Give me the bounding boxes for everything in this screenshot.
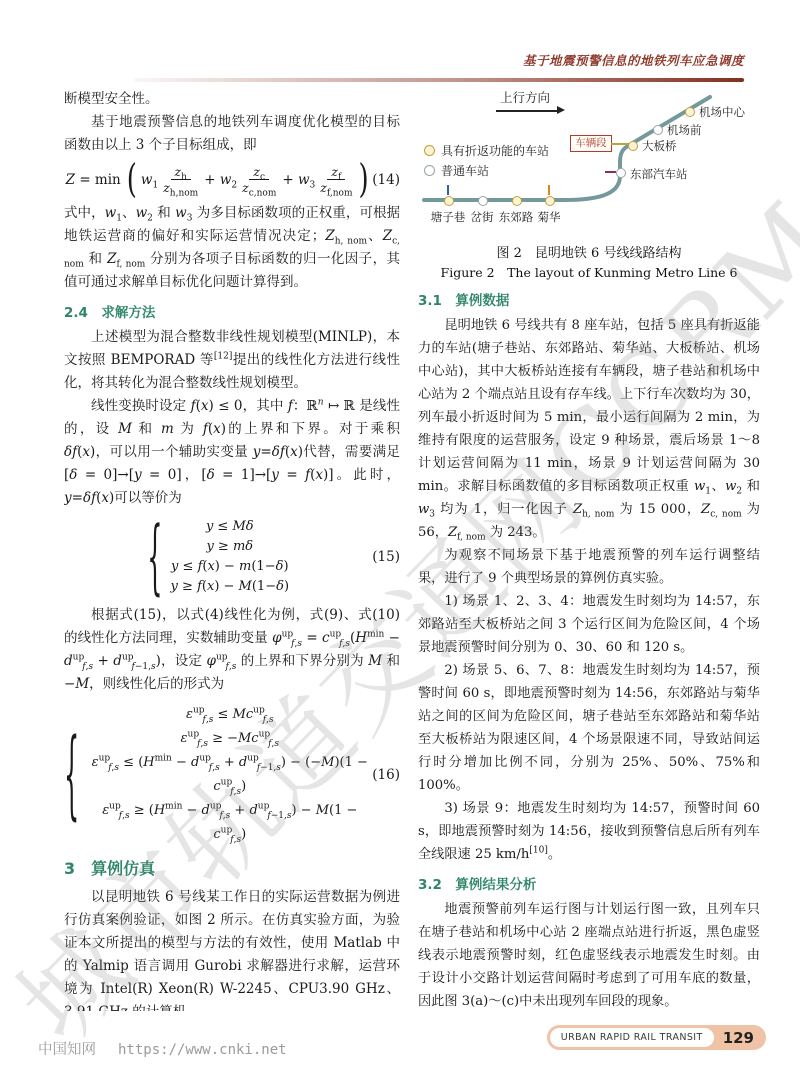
cnki-footer-credit: 中国知网 https://www.cnki.net [38,1038,287,1059]
equation-number: (16) [372,767,400,783]
page-footer: 中国知网 https://www.cnki.net URBAN RAPID RA… [0,1011,800,1087]
section-heading-3-1: 3.1 算例数据 [418,289,760,309]
right-column: 上行方向 具有折返功能的车站 普通车站 车辆段 塘子巷 岔街 东郊路 [418,88,760,1013]
curly-brace: { [64,719,79,831]
station-marker [653,125,663,135]
figure-2-metro-map: 上行方向 具有折返功能的车站 普通车站 车辆段 塘子巷 岔街 东郊路 [418,88,760,238]
station-marker [512,196,522,206]
station-label: 岔街 [471,209,494,225]
paragraph: 昆明地铁 6 号线共有 8 座车站，包括 5 座具有折返能力的车站(塘子巷站、东… [418,314,760,544]
equation-14: Z = min ( w1 zhzh,nom + w2 zczc,nom + w3… [64,164,400,195]
equation-number: (14) [372,172,400,188]
paragraph: 上述模型为混合整数非线性规划模型(MINLP)，本文按照 BEMPORAD 等[… [64,326,400,395]
station-label: 菊华 [538,209,561,225]
station-marker [444,196,454,206]
legend-item-turnback: 具有折返功能的车站 [424,140,549,160]
station-marker [685,107,695,117]
storage-track-tick [548,185,550,195]
cnki-site-name: 中国知网 [38,1038,96,1059]
turnback-station-icon [424,145,435,156]
right-arrow-icon [496,110,558,112]
journal-name-label: URBAN RAPID RAIL TRANSIT [550,1028,714,1047]
station-marker [545,196,555,206]
normal-station-icon [424,165,435,176]
paragraph: 断模型安全性。 [64,88,400,111]
paragraph: 3) 场景 9：地震发生时刻均为 14:57，预警时间 60 s，即地震预警时刻… [418,797,760,866]
storage-track-tick [605,171,616,173]
equation-number: (15) [372,549,400,565]
paragraph: 式中，w1、w2 和 w3 为多目标函数项的正权重，可根据地铁运营商的偏好和实际… [64,202,400,294]
station-marker [628,141,638,151]
station-label: 东郊路 [499,209,534,225]
header-gradient-rule [134,78,744,82]
station-label: 塘子巷 [431,209,466,225]
figure-legend: 具有折返功能的车站 普通车站 [424,140,549,180]
station-label: 东部汽车站 [630,166,688,182]
paragraph: 为观察不同场景下基于地震预警的列车运行调整结果，进行了 9 个典型场景的算例仿真… [418,544,760,590]
curly-brace: { [147,509,162,604]
station-marker [616,168,626,178]
paragraph: 线性变换时设定 f(x) ≤ 0，其中 f：ℝn ↦ ℝ 是线性的，设 M 和 … [64,395,400,510]
paren-open: ( [127,157,137,202]
paragraph: 1) 场景 1、2、3、4：地震发生时刻均为 14:57，东郊路站至大板桥站之间… [418,590,760,659]
running-head-title: 基于地震预警信息的地铁列车应急调度 [523,51,744,69]
station-label: 大板桥 [642,138,677,154]
paragraph: 基于地震预警信息的地铁列车调度优化模型的目标函数由以上 3 个子目标组成，即 [64,111,400,157]
paragraph: 以昆明地铁 6 号线某工作日的实际运营数据为例进行仿真案例验证，如图 2 所示。… [64,886,400,1013]
figure-caption-en: Figure 2 The layout of Kunming Metro Lin… [418,263,760,281]
station-label: 机场前 [667,122,702,138]
cnki-url-link[interactable]: https://www.cnki.net [118,1042,287,1058]
paren-close: ) [358,157,368,202]
section-heading-3: 3 算例仿真 [64,856,400,879]
station-label: 机场中心 [699,104,745,120]
right-arrow-icon [557,106,565,114]
paragraph: 根据式(15)，以式(4)线性化为例，式(9)、式(10)的线性化方法同理，实数… [64,604,400,696]
page-number: 129 [723,1029,754,1047]
section-heading-3-2: 3.2 算例结果分析 [418,873,760,893]
paragraph: 地震预警前列车运行图与计划运行图一致，且列车只在塘子巷站和机场中心站 2 座端点… [418,898,760,1013]
up-direction-label: 上行方向 [500,88,550,106]
legend-item-normal: 普通车站 [424,160,549,180]
left-column: 断模型安全性。 基于地震预警信息的地铁列车调度优化模型的目标函数由以上 3 个子… [64,88,400,1013]
equation-15: { y ≤ Mδ y ≥ mδ y ≤ f(x) − m(1−δ) y ≥ f(… [64,517,400,597]
paragraph: 2) 场景 5、6、7、8：地震发生时刻均为 14:57，预警时间 60 s，即… [418,659,760,797]
equation-16: { εupf,s ≤ Mcupf,s εupf,s ≥ −Mcupf,s εup… [64,703,400,847]
figure-caption-zh: 图 2 昆明地铁 6 号线线路结构 [418,242,760,261]
eq14-lhs: Z = min [66,172,121,188]
section-heading-2-4: 2.4 求解方法 [64,301,400,321]
depot-label-box: 车辆段 [570,135,612,152]
storage-track-tick [447,185,449,195]
station-marker [478,196,488,206]
journal-page-badge: URBAN RAPID RAIL TRANSIT 129 [547,1025,766,1050]
